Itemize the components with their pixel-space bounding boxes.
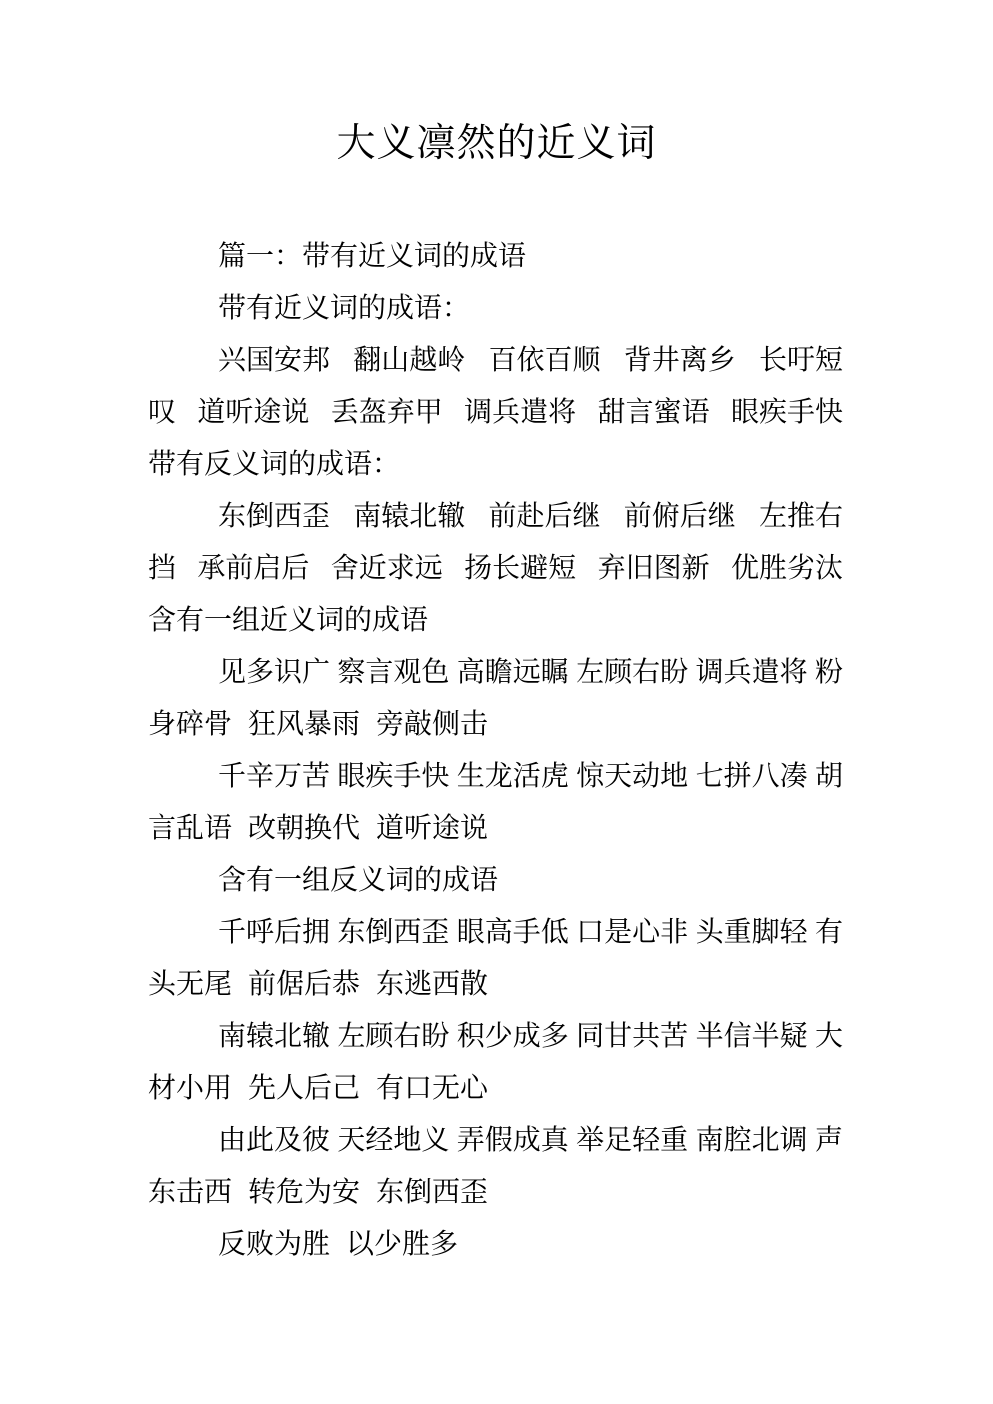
- word: 甜言蜜语: [598, 390, 710, 430]
- word: 左推右: [759, 494, 843, 534]
- word: 狂风暴雨: [248, 702, 360, 742]
- word: 眼疾手快: [731, 390, 843, 430]
- word: 旁敲侧击: [376, 702, 488, 742]
- word: 带有近义词的成语：: [218, 286, 470, 326]
- word: 七拼八凑: [696, 754, 808, 794]
- word: 以少胜多: [346, 1222, 458, 1262]
- text-line: 篇一：带有近义词的成语: [148, 228, 843, 280]
- word: 东倒西歪: [376, 1170, 488, 1210]
- text-line: 千呼后拥东倒西歪眼高手低口是心非头重脚轻有: [148, 904, 843, 956]
- word: 左顾右盼: [576, 650, 688, 690]
- word: 含有一组近义词的成语: [148, 598, 428, 638]
- word: 转危为安: [248, 1170, 360, 1210]
- word: 翻山越岭: [353, 338, 465, 378]
- word: 前赴后继: [488, 494, 600, 534]
- word: 兴国安邦: [218, 338, 330, 378]
- word: 有: [815, 910, 843, 950]
- text-line: 带有近义词的成语：: [148, 280, 843, 332]
- word: 由此及彼: [218, 1118, 330, 1158]
- word: 先人后己: [248, 1066, 360, 1106]
- word: 见多识广: [218, 650, 330, 690]
- word: 半信半疑: [696, 1014, 808, 1054]
- word: 惊天动地: [576, 754, 688, 794]
- word: 调兵遣将: [464, 390, 576, 430]
- word: 身碎骨: [148, 702, 232, 742]
- word: 优胜劣汰: [731, 546, 843, 586]
- text-line: 头无尾前倨后恭东逃西散: [148, 956, 843, 1008]
- word: 举足轻重: [576, 1118, 688, 1158]
- text-line: 反败为胜以少胜多: [148, 1216, 843, 1268]
- text-line: 带有反义词的成语：: [148, 436, 843, 488]
- word: 东倒西歪: [218, 494, 330, 534]
- text-line: 言乱语改朝换代道听途说: [148, 800, 843, 852]
- word: 眼疾手快: [337, 754, 449, 794]
- word: 道听途说: [197, 390, 309, 430]
- word: 积少成多: [457, 1014, 569, 1054]
- word: 背井离乡: [624, 338, 736, 378]
- word: 南辕北辙: [218, 1014, 330, 1054]
- word: 胡: [815, 754, 843, 794]
- word: 头重脚轻: [696, 910, 808, 950]
- word: 承前启后: [197, 546, 309, 586]
- word: 眼高手低: [457, 910, 569, 950]
- word: 弃旧图新: [598, 546, 710, 586]
- word: 东逃西散: [376, 962, 488, 1002]
- word: 千呼后拥: [218, 910, 330, 950]
- word: 南辕北辙: [353, 494, 465, 534]
- document-page: 大义凛然的近义词 篇一：带有近义词的成语带有近义词的成语：兴国安邦翻山越岭百依百…: [0, 0, 993, 1404]
- text-line: 由此及彼天经地义弄假成真举足轻重南腔北调声: [148, 1112, 843, 1164]
- word: 含有一组反义词的成语: [218, 858, 498, 898]
- word: 篇一：带有近义词的成语: [218, 234, 526, 274]
- word: 挡: [148, 546, 176, 586]
- text-line: 含有一组近义词的成语: [148, 592, 843, 644]
- word: 口是心非: [576, 910, 688, 950]
- text-line: 见多识广察言观色高瞻远瞩左顾右盼调兵遣将粉: [148, 644, 843, 696]
- text-line: 东倒西歪南辕北辙前赴后继前俯后继左推右: [148, 488, 843, 540]
- document-body: 篇一：带有近义词的成语带有近义词的成语：兴国安邦翻山越岭百依百顺背井离乡长吁短叹…: [148, 228, 843, 1268]
- text-line: 身碎骨狂风暴雨旁敲侧击: [148, 696, 843, 748]
- word: 改朝换代: [248, 806, 360, 846]
- word: 叹: [148, 390, 176, 430]
- word: 天经地义: [337, 1118, 449, 1158]
- word: 东击西: [148, 1170, 232, 1210]
- word: 长吁短: [759, 338, 843, 378]
- word: 前倨后恭: [248, 962, 360, 1002]
- text-line: 含有一组反义词的成语: [148, 852, 843, 904]
- text-line: 南辕北辙左顾右盼积少成多同甘共苦半信半疑大: [148, 1008, 843, 1060]
- word: 大: [815, 1014, 843, 1054]
- text-line: 千辛万苦眼疾手快生龙活虎惊天动地七拼八凑胡: [148, 748, 843, 800]
- word: 丢盔弃甲: [331, 390, 443, 430]
- word: 生龙活虎: [457, 754, 569, 794]
- word: 声: [815, 1118, 843, 1158]
- text-line: 材小用先人后己有口无心: [148, 1060, 843, 1112]
- word: 同甘共苦: [576, 1014, 688, 1054]
- word: 道听途说: [376, 806, 488, 846]
- text-line: 挡承前启后舍近求远扬长避短弃旧图新优胜劣汰: [148, 540, 843, 592]
- word: 察言观色: [337, 650, 449, 690]
- word: 东倒西歪: [337, 910, 449, 950]
- word: 高瞻远瞩: [457, 650, 569, 690]
- word: 南腔北调: [696, 1118, 808, 1158]
- word: 调兵遣将: [696, 650, 808, 690]
- word: 弄假成真: [457, 1118, 569, 1158]
- word: 带有反义词的成语：: [148, 442, 400, 482]
- word: 千辛万苦: [218, 754, 330, 794]
- word: 左顾右盼: [337, 1014, 449, 1054]
- word: 百依百顺: [488, 338, 600, 378]
- word: 有口无心: [376, 1066, 488, 1106]
- text-line: 兴国安邦翻山越岭百依百顺背井离乡长吁短: [148, 332, 843, 384]
- document-title: 大义凛然的近义词: [0, 0, 993, 167]
- word: 前俯后继: [624, 494, 736, 534]
- word: 粉: [815, 650, 843, 690]
- word: 舍近求远: [331, 546, 443, 586]
- word: 言乱语: [148, 806, 232, 846]
- text-line: 东击西转危为安东倒西歪: [148, 1164, 843, 1216]
- text-line: 叹道听途说丢盔弃甲调兵遣将甜言蜜语眼疾手快: [148, 384, 843, 436]
- word: 反败为胜: [218, 1222, 330, 1262]
- word: 材小用: [148, 1066, 232, 1106]
- word: 扬长避短: [464, 546, 576, 586]
- word: 头无尾: [148, 962, 232, 1002]
